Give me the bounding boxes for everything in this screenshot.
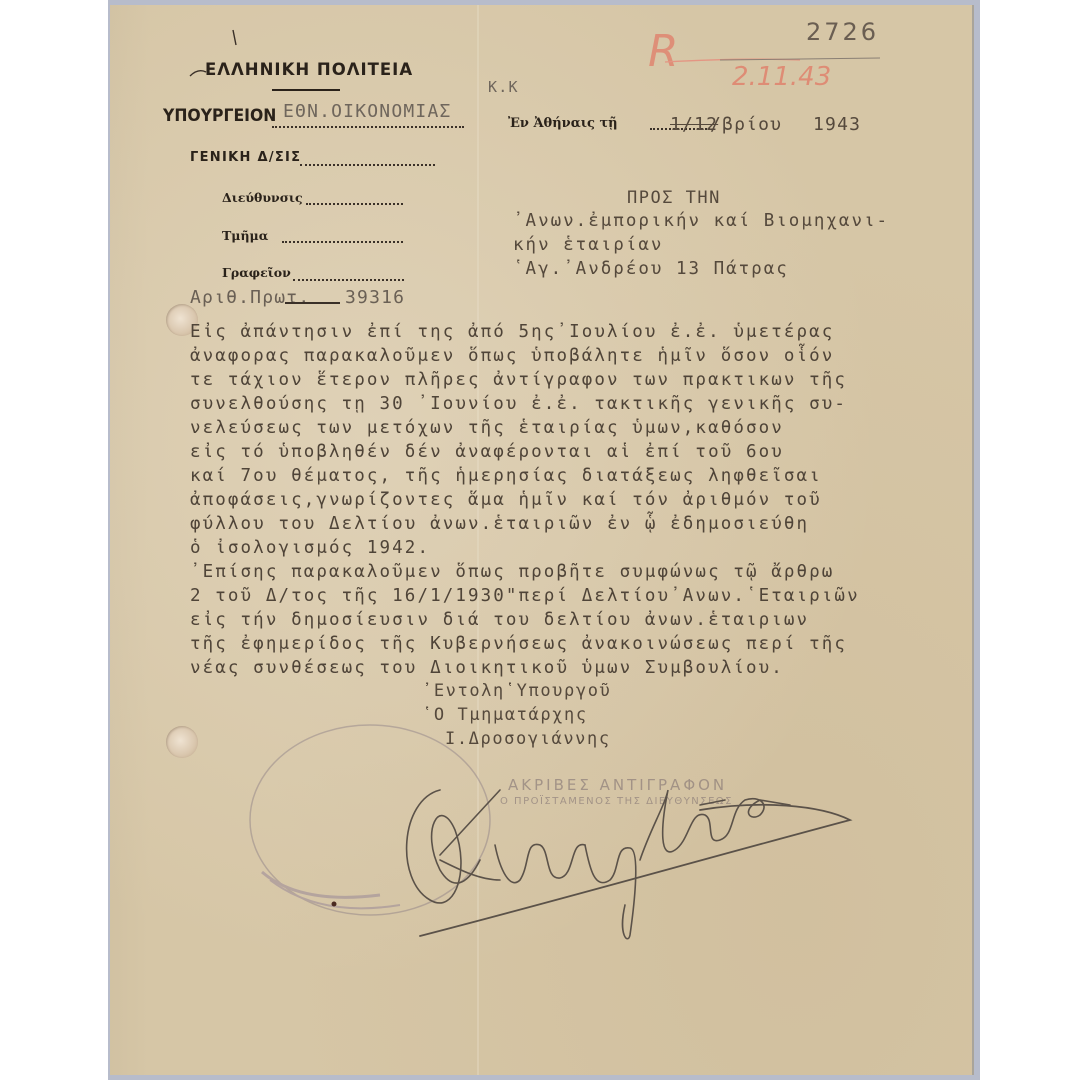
handwritten-signature [407, 790, 850, 939]
signature-and-seal-layer [0, 0, 1080, 1080]
round-seal-stamp [250, 725, 490, 915]
stray-ink-marks [190, 30, 337, 907]
